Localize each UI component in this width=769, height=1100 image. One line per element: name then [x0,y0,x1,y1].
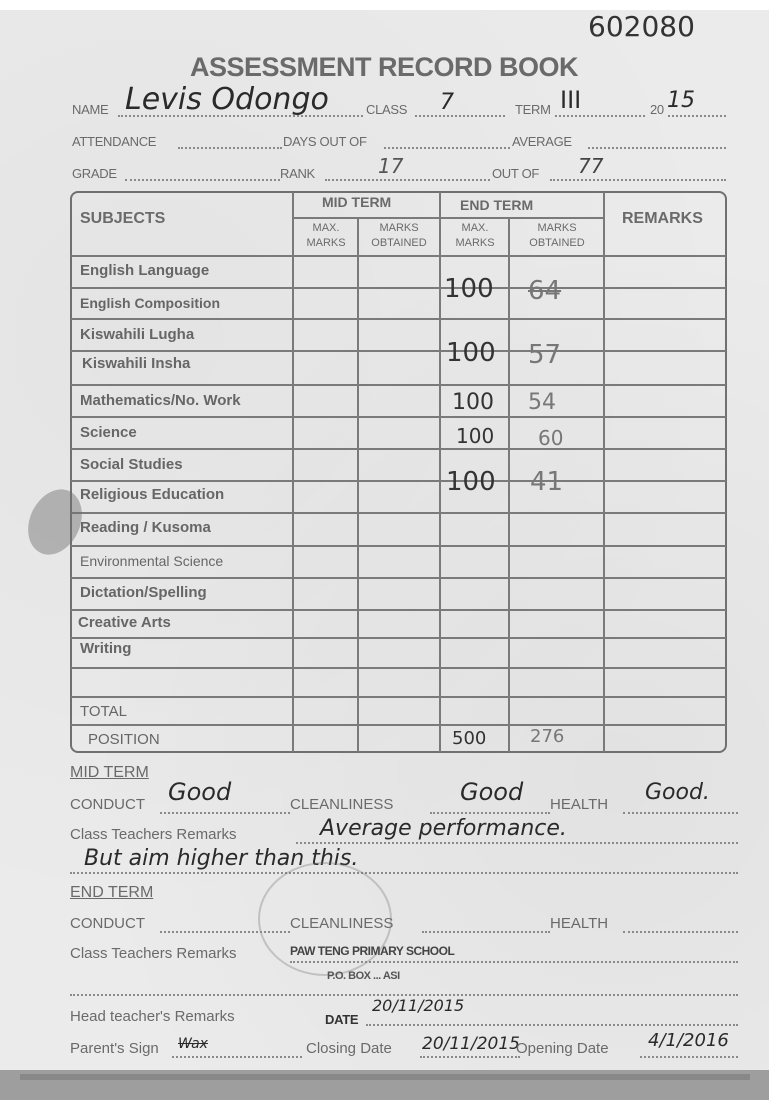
term-value: III [560,86,581,114]
subject-religious-education: Religious Education [80,486,224,503]
subject-creative-arts: Creative Arts [78,614,171,631]
end-max-english: 100 [444,274,494,304]
row-line [71,384,726,386]
end-obtained-english: 64 [528,276,561,306]
row-line [71,318,726,320]
end-cleanliness-label: CLEANLINESS [290,915,393,932]
header-line: MARKS [306,237,345,249]
days-out-of-field-line[interactable] [384,147,510,149]
mid-cleanliness-label: CLEANLINESS [290,796,393,813]
class-label: CLASS [366,102,407,117]
year-value: 15 [667,88,695,113]
end-obtained-mathematics: 54 [528,390,556,415]
subject-kiswahili-insha: Kiswahili Insha [82,355,190,372]
class-value: 7 [440,90,454,115]
date-value: 20/11/2015 [372,996,464,1015]
mid-marks-obtained-header: MARKS OBTAINED [360,221,438,251]
col-divider-end-max [508,218,510,752]
end-health-label: HEALTH [550,915,608,932]
row-line [71,416,726,418]
parent-sign-field[interactable] [172,1056,302,1058]
term-field-line[interactable] [555,115,645,117]
mid-term-heading: MID TERM [70,764,149,782]
end-max-kiswahili: 100 [446,338,496,368]
end-term-header: END TERM [460,197,533,213]
rank-field-line[interactable] [325,179,490,181]
mid-health-label: HEALTH [550,796,608,813]
subject-english-language: English Language [80,262,209,279]
mid-conduct-field[interactable] [160,812,290,814]
head-teacher-remarks-field[interactable] [366,1024,738,1026]
header-line: MARKS [379,222,418,234]
row-line [71,609,726,611]
name-value: Levis Odongo [125,82,329,117]
out-of-value: 77 [578,154,603,178]
remarks-header: REMARKS [622,210,703,228]
out-of-label: OUT OF [492,166,539,181]
end-obtained-social-religious: 41 [530,467,563,497]
average-field-line[interactable] [588,147,726,149]
end-max-mathematics: 100 [452,390,494,415]
subject-mathematics: Mathematics/No. Work [80,392,241,409]
name-label: NAME [72,102,108,117]
subject-writing: Writing [80,640,131,657]
end-max-position: 500 [452,728,486,749]
row-line [71,287,726,289]
days-out-of-label: DAYS OUT OF [283,134,367,149]
year-field-line[interactable] [668,115,726,117]
grade-label: GRADE [72,166,117,181]
end-conduct-label: CONDUCT [70,915,145,932]
row-line [71,480,726,482]
subject-science: Science [80,424,137,441]
end-obtained-science: 60 [538,426,563,450]
position-label: POSITION [88,731,160,748]
attendance-label: ATTENDANCE [72,134,156,149]
end-max-social-religious: 100 [446,467,496,497]
end-max-science: 100 [456,424,494,448]
row-line [71,545,726,547]
mid-cleanliness-value: Good [460,778,523,806]
total-label: TOTAL [80,703,127,720]
school-stamp-name: PAW TENG PRIMARY SCHOOL [290,944,454,958]
header-line: MARKS [455,237,494,249]
header-line: OBTAINED [371,237,426,249]
row-line [71,577,726,579]
mid-class-teacher-remarks-label: Class Teachers Remarks [70,826,236,843]
page-title: ASSESSMENT RECORD BOOK [190,52,578,83]
school-stamp-address: P.O. BOX ... ASI [327,970,400,982]
closing-date-field[interactable] [420,1056,520,1058]
year-prefix: 20 [650,102,664,117]
mid-health-field[interactable] [623,812,738,814]
row-line [71,512,726,514]
row-line [71,350,726,352]
serial-number: 602080 [588,10,695,43]
mid-remarks-line1: Average performance. [320,816,567,841]
mid-remarks-field-line1[interactable] [296,842,738,844]
end-class-teacher-remarks-label: Class Teachers Remarks [70,945,236,962]
row-line [71,724,726,726]
end-obtained-position: 276 [530,726,564,747]
attendance-field-line[interactable] [178,147,282,149]
header-sub-divider [293,217,604,219]
opening-date-label: Opening Date [516,1040,609,1057]
mid-conduct-value: Good [168,778,231,806]
mid-term-header: MID TERM [322,194,391,210]
end-term-heading: END TERM [70,884,153,902]
opening-date-field[interactable] [640,1056,738,1058]
closing-date-value: 20/11/2015 [422,1034,520,1054]
closing-date-label: Closing Date [306,1040,392,1057]
end-conduct-field[interactable] [160,931,290,933]
end-health-field[interactable] [623,931,738,933]
subject-dictation-spelling: Dictation/Spelling [80,584,207,601]
header-line: OBTAINED [529,237,584,249]
mid-conduct-label: CONDUCT [70,796,145,813]
term-label: TERM [515,102,551,117]
end-obtained-kiswahili: 57 [528,340,561,370]
row-line [71,667,726,669]
end-marks-obtained-header: MARKS OBTAINED [512,221,602,251]
class-field-line[interactable] [415,115,505,117]
opening-date-value: 4/1/2016 [648,1030,729,1051]
rank-label: RANK [280,166,315,181]
end-max-marks-header: MAX. MARKS [442,221,508,251]
row-line [71,637,726,639]
head-teacher-remarks-label: Head teacher's Remarks [70,1008,235,1025]
subject-kiswahili-lugha: Kiswahili Lugha [80,326,194,343]
end-remarks-field-line1[interactable] [290,961,738,963]
end-cleanliness-field[interactable] [422,931,550,933]
page-bottom-shadow [20,1074,750,1080]
subject-environmental-science: Environmental Science [80,553,223,569]
mid-cleanliness-field[interactable] [430,812,550,814]
header-line: MARKS [537,222,576,234]
date-label: DATE [325,1012,358,1027]
parent-sign-value: Wax [178,1036,208,1052]
average-label: AVERAGE [512,134,572,149]
row-line [71,448,726,450]
mid-max-marks-header: MAX. MARKS [296,221,356,251]
grade-field-line[interactable] [125,179,280,181]
rank-value: 17 [378,154,403,178]
header-bottom-line [71,255,726,257]
mid-health-value: Good. [645,780,710,805]
out-of-field-line[interactable] [550,179,726,181]
header-line: MAX. [462,222,489,234]
mid-remarks-field-line2[interactable] [70,872,738,874]
header-line: MAX. [313,222,340,234]
subjects-header: SUBJECTS [80,210,165,228]
col-divider-mid-max [357,218,359,752]
subject-reading-kusoma: Reading / Kusoma [80,519,211,536]
row-line [71,696,726,698]
subject-english-composition: English Composition [80,295,220,311]
parent-sign-label: Parent's Sign [70,1040,159,1057]
subject-social-studies: Social Studies [80,456,183,473]
